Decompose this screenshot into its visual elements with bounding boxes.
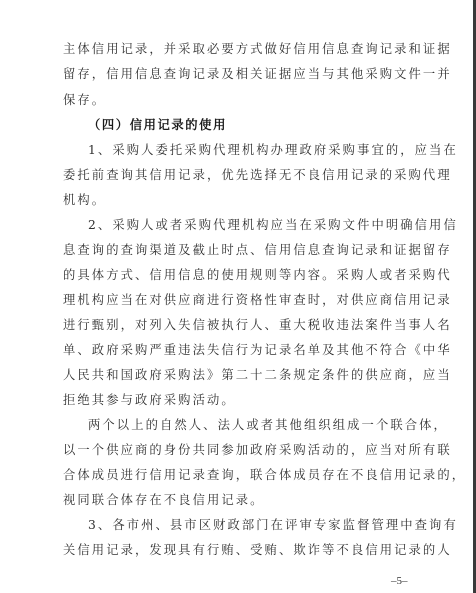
paragraph-line: 的具体方式、信用信息的使用规则等内容。采购人或者采购代 [63, 265, 407, 285]
paragraph-line: 3、各市州、县市区财政部门在评审专家监督管理中查询有 [88, 515, 407, 535]
paragraph-line: 保存。 [63, 90, 407, 110]
paragraph-line: 理机构应当在对供应商进行资格性审查时，对供应商信用记录 [63, 290, 407, 310]
paragraph-line: 委托前查询其信用记录，优先选择无不良信用记录的采购代理 [63, 165, 407, 185]
paragraph-line: 机构。 [63, 190, 407, 210]
paragraph-line: 主体信用记录，并采取必要方式做好信用信息查询记录和证据 [63, 39, 407, 59]
paragraph-line: 人民共和国政府采购法》第二十二条规定条件的供应商，应当 [63, 365, 407, 385]
paragraph-line: 息查询的查询渠道及截止时点、信用信息查询记录和证据留存 [63, 240, 407, 260]
paragraph-line: 1、采购人委托采购代理机构办理政府采购事宜的，应当在 [88, 140, 407, 160]
paragraph-line: 2、采购人或者采购代理机构应当在采购文件中明确信用信 [88, 215, 407, 235]
page-number: –5– [391, 574, 408, 588]
paragraph-line: 以一个供应商的身份共同参加政府采购活动的，应当对所有联 [63, 440, 407, 460]
paragraph-line: 两个以上的自然人、法人或者其他组织组成一个联合体， [88, 415, 407, 435]
paragraph-line: 关信用记录，发现具有行贿、受贿、欺诈等不良信用记录的人 [63, 540, 407, 560]
paragraph-line: 视同联合体存在不良信用记录。 [63, 490, 407, 510]
paragraph-line: 拒绝其参与政府采购活动。 [63, 390, 407, 410]
paragraph-line: 合体成员进行信用记录查询，联合体成员存在不良信用记录的， [63, 465, 407, 485]
paragraph-line: 进行甄别，对列入失信被执行人、重大税收违法案件当事人名 [63, 315, 407, 335]
document-page: 主体信用记录，并采取必要方式做好信用信息查询记录和证据留存，信用信息查询记录及相… [0, 0, 473, 593]
section-heading: （四）信用记录的使用 [88, 115, 407, 135]
paragraph-line: 留存，信用信息查询记录及相关证据应当与其他采购文件一并 [63, 64, 407, 84]
paragraph-line: 单、政府采购严重违法失信行为记录名单及其他不符合《中华 [63, 340, 407, 360]
